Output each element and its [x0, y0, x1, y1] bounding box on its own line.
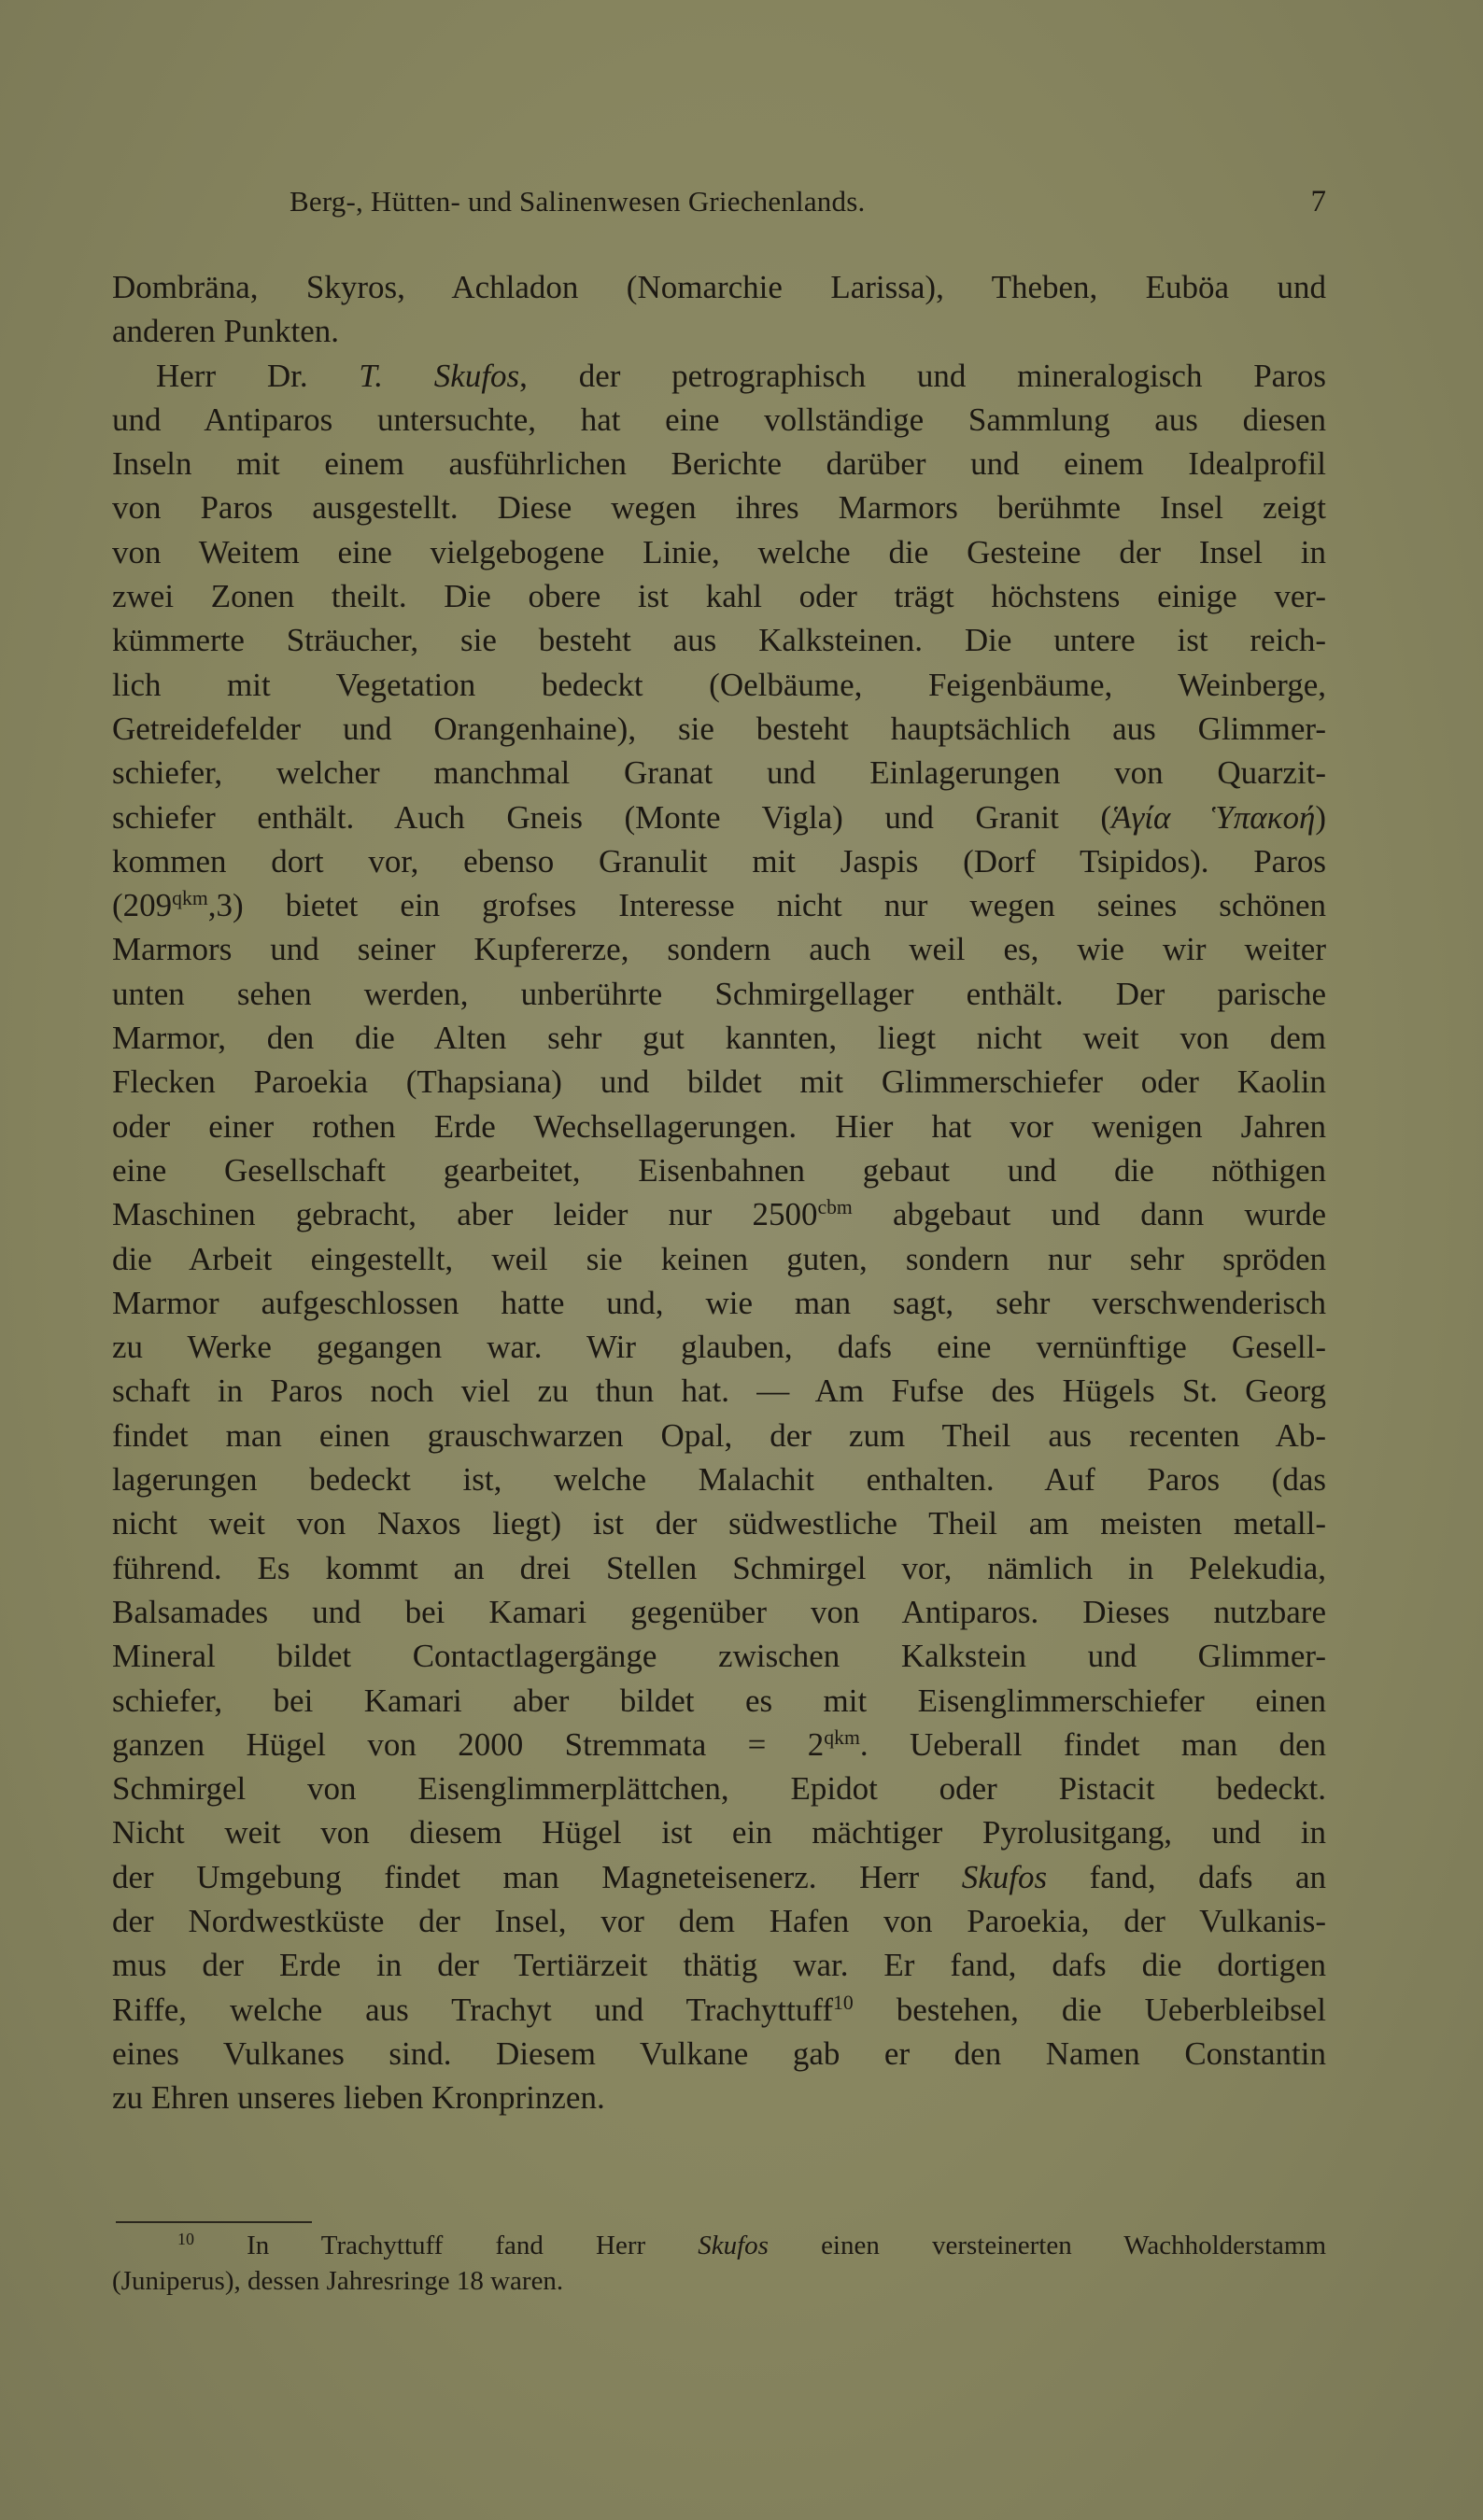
text-run: ganzen Hügel von 2000 Stremmata = 2 [112, 1726, 824, 1763]
text-run: zwei Zonen theilt. Die obere ist kahl od… [112, 578, 1326, 614]
body-line: kümmerte Sträucher, sie besteht aus Kalk… [112, 618, 1326, 662]
text-run: Mineral bildet Contactlagergänge zwische… [112, 1638, 1326, 1674]
body-line: oder einer rothen Erde Wechsellagerungen… [112, 1105, 1326, 1148]
text-run: findet man einen grauschwarzen Opal, der… [112, 1417, 1326, 1454]
text-run: zu Ehren unseres lieben Kronprinzen. [112, 2079, 605, 2116]
footnote-rule [116, 2221, 312, 2223]
body-line: schaft in Paros noch viel zu thun hat. —… [112, 1369, 1326, 1413]
body-line: Getreidefelder und Orangenhaine), sie be… [112, 707, 1326, 751]
body-line: Mineral bildet Contactlagergänge zwische… [112, 1634, 1326, 1678]
body-text: Dombräna, Skyros, Achladon (Nomarchie La… [112, 265, 1326, 2119]
italic-text: Ἁγία Ὑπακοή [1111, 799, 1315, 836]
body-line: Maschinen gebracht, aber leider nur 2500… [112, 1192, 1326, 1236]
superscript: 10 [177, 2230, 194, 2248]
text-run: schiefer, bei Kamari aber bildet es mit … [112, 1682, 1326, 1719]
body-line: schiefer, welcher manchmal Granat und Ei… [112, 751, 1326, 795]
text-run: Maschinen gebracht, aber leider nur 2500 [112, 1196, 817, 1232]
body-line: mus der Erde in der Tertiärzeit thätig w… [112, 1943, 1326, 1987]
body-line: findet man einen grauschwarzen Opal, der… [112, 1414, 1326, 1457]
text-run: Getreidefelder und Orangenhaine), sie be… [112, 711, 1326, 747]
text-run: Schmirgel von Eisenglimmerplättchen, Epi… [112, 1770, 1326, 1807]
italic-text: Skufos [698, 2231, 769, 2260]
body-line: Flecken Paroekia (Thapsiana) und bildet … [112, 1060, 1326, 1104]
italic-text: T. Skufos [359, 358, 519, 394]
text-run: der Nordwestküste der Insel, vor dem Haf… [112, 1903, 1326, 1939]
text-run: der Umgebung findet man Magneteisenerz. … [112, 1859, 962, 1895]
text-run: zu Werke gegangen war. Wir glauben, dafs… [112, 1329, 1326, 1365]
text-run: Inseln mit einem ausführlichen Berichte … [112, 445, 1326, 482]
body-line: Marmor aufgeschlossen hatte und, wie man… [112, 1281, 1326, 1325]
body-line: nicht weit von Naxos liegt) ist der südw… [112, 1501, 1326, 1545]
body-line: anderen Punkten. [112, 309, 1326, 353]
text-run: ,3) bietet ein grofses Interesse nicht n… [208, 887, 1326, 923]
text-run: In Trachyttuff fand Herr [194, 2231, 698, 2260]
text-run: Balsamades und bei Kamari gegenüber von … [112, 1594, 1326, 1630]
text-run: von Paros ausgestellt. Diese wegen ihres… [112, 489, 1326, 526]
text-run: Herr Dr. [156, 358, 359, 394]
body-line: der Umgebung findet man Magneteisenerz. … [112, 1855, 1326, 1899]
body-line: Marmor, den die Alten sehr gut kannten, … [112, 1016, 1326, 1060]
body-line: Balsamades und bei Kamari gegenüber von … [112, 1590, 1326, 1634]
footnotes: 10 In Trachyttuff fand Herr Skufos einen… [112, 2228, 1326, 2299]
superscript: cbm [817, 1196, 852, 1218]
body-line: schiefer, bei Kamari aber bildet es mit … [112, 1679, 1326, 1723]
body-line: zu Werke gegangen war. Wir glauben, dafs… [112, 1325, 1326, 1369]
text-run: lich mit Vegetation bedeckt (Oelbäume, F… [112, 667, 1326, 703]
body-line: lagerungen bedeckt ist, welche Malachit … [112, 1457, 1326, 1501]
text-run: kommen dort vor, ebenso Granulit mit Jas… [112, 843, 1326, 880]
body-line: Inseln mit einem ausführlichen Berichte … [112, 442, 1326, 486]
body-line: und Antiparos untersuchte, hat eine voll… [112, 398, 1326, 442]
body-line: Schmirgel von Eisenglimmerplättchen, Epi… [112, 1767, 1326, 1810]
body-line: der Nordwestküste der Insel, vor dem Haf… [112, 1899, 1326, 1943]
body-line: die Arbeit eingestellt, weil sie keinen … [112, 1237, 1326, 1281]
running-title: Berg-, Hütten- und Salinenwesen Griechen… [290, 185, 865, 218]
body-line: zwei Zonen theilt. Die obere ist kahl od… [112, 574, 1326, 618]
text-run: (Juniperus), dessen Jahresringe 18 waren… [112, 2266, 563, 2296]
text-run: schiefer enthält. Auch Gneis (Monte Vigl… [112, 799, 1111, 836]
text-run: anderen Punkten. [112, 313, 339, 349]
superscript: 10 [833, 1992, 854, 2014]
text-run: Nicht weit von diesem Hügel ist ein mäch… [112, 1814, 1326, 1851]
text-run: eine Gesellschaft gearbeitet, Eisenbahne… [112, 1152, 1326, 1189]
italic-text: Skufos [962, 1859, 1047, 1895]
text-run: . Ueberall findet man den [860, 1726, 1326, 1763]
text-run: führend. Es kommt an drei Stellen Schmir… [112, 1550, 1326, 1586]
text-run: schaft in Paros noch viel zu thun hat. —… [112, 1373, 1326, 1409]
body-line: von Weitem eine vielgebogene Linie, welc… [112, 530, 1326, 574]
text-run: nicht weit von Naxos liegt) ist der südw… [112, 1505, 1326, 1542]
body-line: eines Vulkanes sind. Diesem Vulkane gab … [112, 2032, 1326, 2076]
text-run: von Weitem eine vielgebogene Linie, welc… [112, 534, 1326, 570]
body-line: lich mit Vegetation bedeckt (Oelbäume, F… [112, 663, 1326, 707]
footnote-line: 10 In Trachyttuff fand Herr Skufos einen… [112, 2228, 1326, 2263]
body-line: Riffe, welche aus Trachyt und Trachyttuf… [112, 1988, 1326, 2032]
body-line: von Paros ausgestellt. Diese wegen ihres… [112, 486, 1326, 529]
body-line: Marmors und seiner Kupfererze, sondern a… [112, 927, 1326, 971]
text-run: Riffe, welche aus Trachyt und Trachyttuf… [112, 1992, 833, 2028]
text-run: die Arbeit eingestellt, weil sie keinen … [112, 1241, 1326, 1277]
text-run: Marmor, den die Alten sehr gut kannten, … [112, 1020, 1326, 1056]
body-line: unten sehen werden, unberührte Schmirgel… [112, 972, 1326, 1016]
superscript: qkm [824, 1726, 860, 1749]
text-run: und Antiparos untersuchte, hat eine voll… [112, 401, 1326, 438]
body-line: (209qkm,3) bietet ein grofses Interesse … [112, 883, 1326, 927]
body-line: Herr Dr. T. Skufos, der petrographisch u… [112, 354, 1326, 398]
body-line: schiefer enthält. Auch Gneis (Monte Vigl… [112, 795, 1326, 839]
text-run: Marmors und seiner Kupfererze, sondern a… [112, 931, 1326, 967]
text-run: Flecken Paroekia (Thapsiana) und bildet … [112, 1063, 1326, 1100]
body-line: kommen dort vor, ebenso Granulit mit Jas… [112, 839, 1326, 883]
footnote-line: (Juniperus), dessen Jahresringe 18 waren… [112, 2263, 1326, 2299]
body-line: ganzen Hügel von 2000 Stremmata = 2qkm. … [112, 1723, 1326, 1767]
text-run: Dombräna, Skyros, Achladon (Nomarchie La… [112, 269, 1326, 305]
text-run: mus der Erde in der Tertiärzeit thätig w… [112, 1947, 1326, 1983]
text-run: oder einer rothen Erde Wechsellagerungen… [112, 1108, 1326, 1145]
body-line: Dombräna, Skyros, Achladon (Nomarchie La… [112, 265, 1326, 309]
text-run: unten sehen werden, unberührte Schmirgel… [112, 976, 1326, 1012]
body-line: zu Ehren unseres lieben Kronprinzen. [112, 2076, 1326, 2119]
running-header: Berg-, Hütten- und Salinenwesen Griechen… [112, 185, 1326, 226]
text-run: einen versteinerten Wachholderstamm [769, 2231, 1326, 2260]
text-run: schiefer, welcher manchmal Granat und Ei… [112, 754, 1326, 791]
text-run: kümmerte Sträucher, sie besteht aus Kalk… [112, 622, 1326, 658]
text-run: bestehen, die Ueberbleibsel [854, 1992, 1326, 2028]
text-run: (209 [112, 887, 172, 923]
text-run: ) [1315, 799, 1326, 836]
text-run: fand, dafs an [1047, 1859, 1326, 1895]
text-run: eines Vulkanes sind. Diesem Vulkane gab … [112, 2035, 1326, 2072]
body-line: eine Gesellschaft gearbeitet, Eisenbahne… [112, 1148, 1326, 1192]
text-run: abgebaut und dann wurde [853, 1196, 1326, 1232]
superscript: qkm [172, 887, 208, 909]
body-line: Nicht weit von diesem Hügel ist ein mäch… [112, 1810, 1326, 1854]
text-run: Marmor aufgeschlossen hatte und, wie man… [112, 1285, 1326, 1321]
page-number: 7 [1311, 185, 1327, 219]
text-run: lagerungen bedeckt ist, welche Malachit … [112, 1461, 1326, 1498]
body-line: führend. Es kommt an drei Stellen Schmir… [112, 1546, 1326, 1590]
text-run: , der petrographisch und mineralogisch P… [519, 358, 1326, 394]
